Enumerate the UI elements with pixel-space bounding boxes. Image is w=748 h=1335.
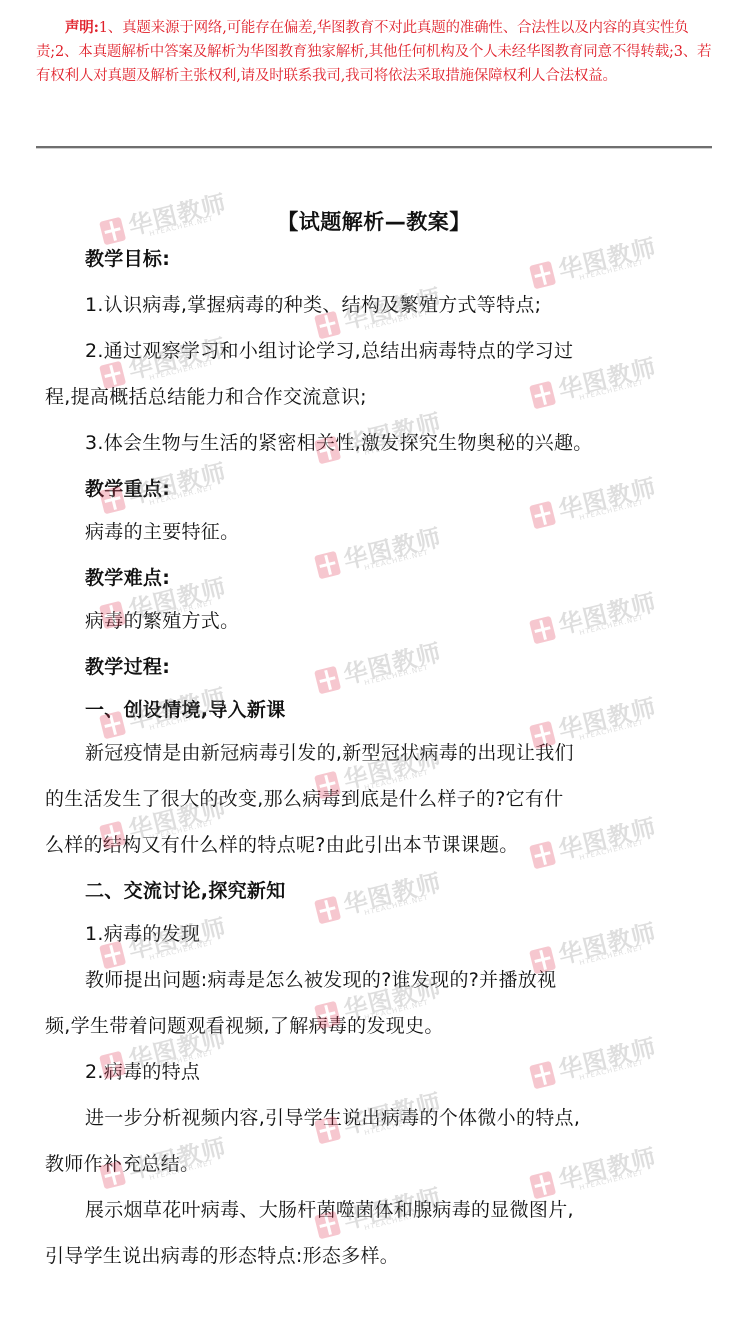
difficulty-text: 病毒的繁殖方式。: [85, 608, 725, 634]
lesson-plan-body: 教学目标: 1.认识病毒,掌握病毒的种类、结构及繁殖方式等特点; 2.通过观察学…: [85, 246, 725, 1289]
section-1-para-line-1: 新冠疫情是由新冠病毒引发的,新型冠状病毒的出现让我们: [85, 740, 725, 766]
features-para-2-line-1: 展示烟草花叶病毒、大肠杆菌噬菌体和腺病毒的显微图片,: [85, 1197, 725, 1223]
section-1-para-line-2: 的生活发生了很大的改变,那么病毒到底是什么样子的?它有什: [45, 786, 725, 812]
disclaimer-lead: 声明:: [65, 19, 99, 36]
goal-2-cont: 程,提高概括总结能力和合作交流意识;: [45, 384, 725, 410]
heading-teaching-goals: 教学目标:: [85, 246, 725, 272]
disclaimer-text: 1、真题来源于网络,可能存在偏差,华图教育不对此真题的准确性、合法性以及内容的真…: [36, 20, 711, 84]
section-2-heading: 二、交流讨论,探究新知: [85, 878, 725, 904]
discovery-para-line-2: 频,学生带着问题观看视频,了解病毒的发现史。: [45, 1013, 725, 1039]
heading-process: 教学过程:: [85, 654, 725, 680]
section-1-heading: 一、创设情境,导入新课: [85, 697, 725, 723]
subsection-discovery: 1.病毒的发现: [85, 921, 725, 947]
document-title: 【试题解析—教案】: [0, 206, 748, 236]
header-divider: [36, 146, 712, 149]
section-1-para-line-3: 么样的结构又有什么样的特点呢?由此引出本节课课题。: [45, 832, 725, 858]
key-point-text: 病毒的主要特征。: [85, 519, 725, 545]
features-para-1-line-2: 教师作补充总结。: [45, 1151, 725, 1177]
goal-1: 1.认识病毒,掌握病毒的种类、结构及繁殖方式等特点;: [85, 292, 725, 318]
disclaimer: 声明:1、真题来源于网络,可能存在偏差,华图教育不对此真题的准确性、合法性以及内…: [36, 16, 712, 88]
discovery-para-line-1: 教师提出问题:病毒是怎么被发现的?谁发现的?并播放视: [85, 967, 725, 993]
goal-3: 3.体会生物与生活的紧密相关性,激发探究生物奥秘的兴趣。: [85, 430, 725, 456]
goal-2: 2.通过观察学习和小组讨论学习,总结出病毒特点的学习过: [85, 338, 725, 364]
features-para-2-line-2: 引导学生说出病毒的形态特点:形态多样。: [45, 1243, 725, 1269]
heading-key-points: 教学重点:: [85, 476, 725, 502]
features-para-1-line-1: 进一步分析视频内容,引导学生说出病毒的个体微小的特点,: [85, 1105, 725, 1131]
heading-difficulties: 教学难点:: [85, 565, 725, 591]
subsection-features: 2.病毒的特点: [85, 1059, 725, 1085]
